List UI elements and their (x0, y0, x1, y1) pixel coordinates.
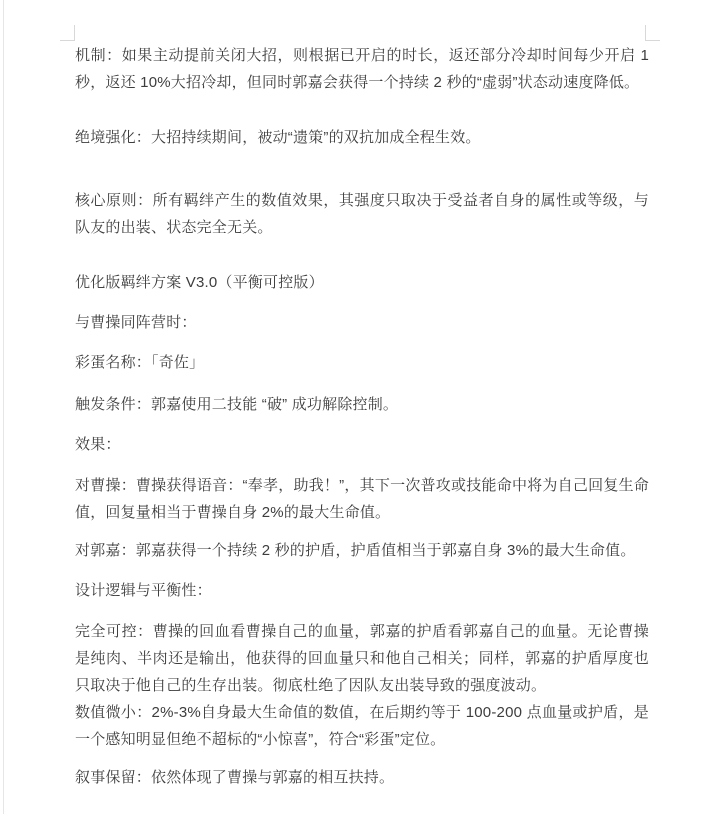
document-page[interactable]: 机制：如果主动提前关闭大招，则根据已开启的时长，返还部分冷却时间每少开启 1 秒… (0, 0, 720, 814)
margin-crop-mark-top-left (60, 25, 75, 41)
paragraph-same-camp: 与曹操同阵营时： (75, 309, 649, 336)
paragraph-effect-label: 效果： (75, 431, 649, 458)
paragraph-effect-guojia: 对郭嘉：郭嘉获得一个持续 2 秒的护盾，护盾值相当于郭嘉自身 3%的最大生命值。 (75, 537, 649, 564)
paragraph-trigger-condition: 触发条件：郭嘉使用二技能 “破” 成功解除控制。 (75, 391, 649, 418)
margin-crop-mark-top-right (645, 25, 660, 41)
page-left-edge-line (3, 0, 4, 814)
paragraph-plan-title: 优化版羁绊方案 V3.0（平衡可控版） (75, 269, 649, 296)
paragraph-tiny-values: 数值微小：2%-3%自身最大生命值的数值，在后期约等于 100-200 点血量或… (75, 699, 649, 753)
paragraph-easter-egg-name: 彩蛋名称：「奇佐」 (75, 349, 649, 376)
paragraph-design-logic-label: 设计逻辑与平衡性： (75, 577, 649, 604)
paragraph-core-principle: 核心原则：所有羁绊产生的数值效果，其强度只取决于受益者自身的属性或等级，与队友的… (75, 187, 649, 241)
paragraph-desperate-enhance: 绝境强化：大招持续期间，被动“遗策”的双抗加成全程生效。 (75, 124, 649, 151)
paragraph-mechanism: 机制：如果主动提前关闭大招，则根据已开启的时长，返还部分冷却时间每少开启 1 秒… (75, 42, 649, 96)
paragraph-effect-caocao: 对曹操：曹操获得语音：“奉孝，助我！”，其下一次普攻或技能命中将为自己回复生命值… (75, 472, 649, 526)
paragraph-fully-controllable: 完全可控：曹操的回血看曹操自己的血量，郭嘉的护盾看郭嘉自己的血量。无论曹操是纯肉… (75, 618, 649, 699)
paragraph-narrative-reserve: 叙事保留：依然体现了曹操与郭嘉的相互扶持。 (75, 764, 649, 791)
